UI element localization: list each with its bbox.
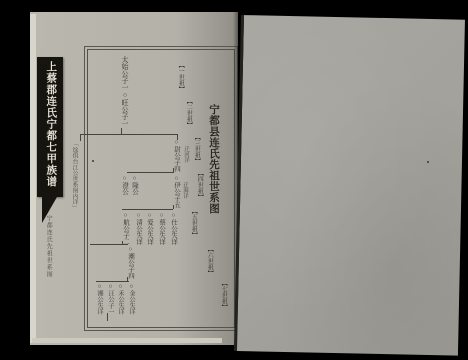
spine-title: 上蔡郡连氏宁都七甲族谱	[45, 57, 56, 188]
tree-node-gen4-son4: ○蔡公失详	[152, 212, 164, 245]
tree-node-gen6-son4: ○金公失详	[122, 283, 134, 315]
page-edge-bottom	[32, 338, 222, 343]
tree-node-gen4-son5: ○仕公失详	[164, 212, 176, 245]
tree-node-gen3-son2: ○隆公	[125, 175, 137, 195]
generation-label-4: 【四世祖】	[196, 170, 202, 200]
spine-label: 上蔡郡连氏宁都七甲族谱	[37, 57, 63, 197]
right-page	[234, 15, 465, 356]
generation-label-3: 【三世祖】	[193, 134, 199, 164]
tree-node-gen5-heir: ○潮公子四	[121, 246, 133, 279]
chart-title: 宁都县连氏先祖世系图	[204, 104, 219, 214]
side-annotation: 「馀俱台江公世系图内详」	[71, 141, 77, 211]
tree-connector	[127, 172, 174, 173]
generation-label-1: 【一世祖】	[177, 62, 183, 92]
paper-speck	[427, 161, 429, 163]
tree-node-gen2-note: 迁河洋	[179, 146, 188, 163]
paper-speck	[92, 160, 94, 162]
book-photo: 上蔡郡连氏宁都七甲族谱 宁都连氏先祖世系图 宁都县连氏先祖世系图 【一世祖】 【…	[0, 0, 468, 360]
tree-connector	[80, 134, 81, 141]
margin-caption: 宁都连氏先祖世系图	[45, 215, 51, 278]
tree-connector	[173, 205, 174, 209]
tree-connector	[107, 313, 108, 321]
tree-connector	[96, 281, 129, 282]
tree-root-chain: 太始公子一○旺公子一	[114, 56, 128, 127]
tree-connector	[90, 244, 128, 245]
generation-label-2: 【二世祖】	[185, 98, 191, 128]
page-edge-left	[30, 14, 36, 343]
generation-label-5: 【五世祖】	[190, 208, 196, 238]
root-heir: ○旺公子一	[121, 91, 129, 127]
root-ancestor: 太始公子一	[121, 56, 129, 91]
generation-label-7: 【七世祖】	[220, 280, 226, 310]
tree-connector	[122, 209, 173, 210]
tree-node-gen3-note: 迁海详	[178, 182, 187, 199]
tree-node-gen4-son3: ○爱公失详	[140, 212, 152, 245]
tree-connector	[80, 134, 178, 135]
generation-label-6: 【六世祖】	[206, 246, 212, 276]
left-page: 上蔡郡连氏宁都七甲族谱 宁都连氏先祖世系图 宁都县连氏先祖世系图 【一世祖】 【…	[30, 12, 238, 345]
